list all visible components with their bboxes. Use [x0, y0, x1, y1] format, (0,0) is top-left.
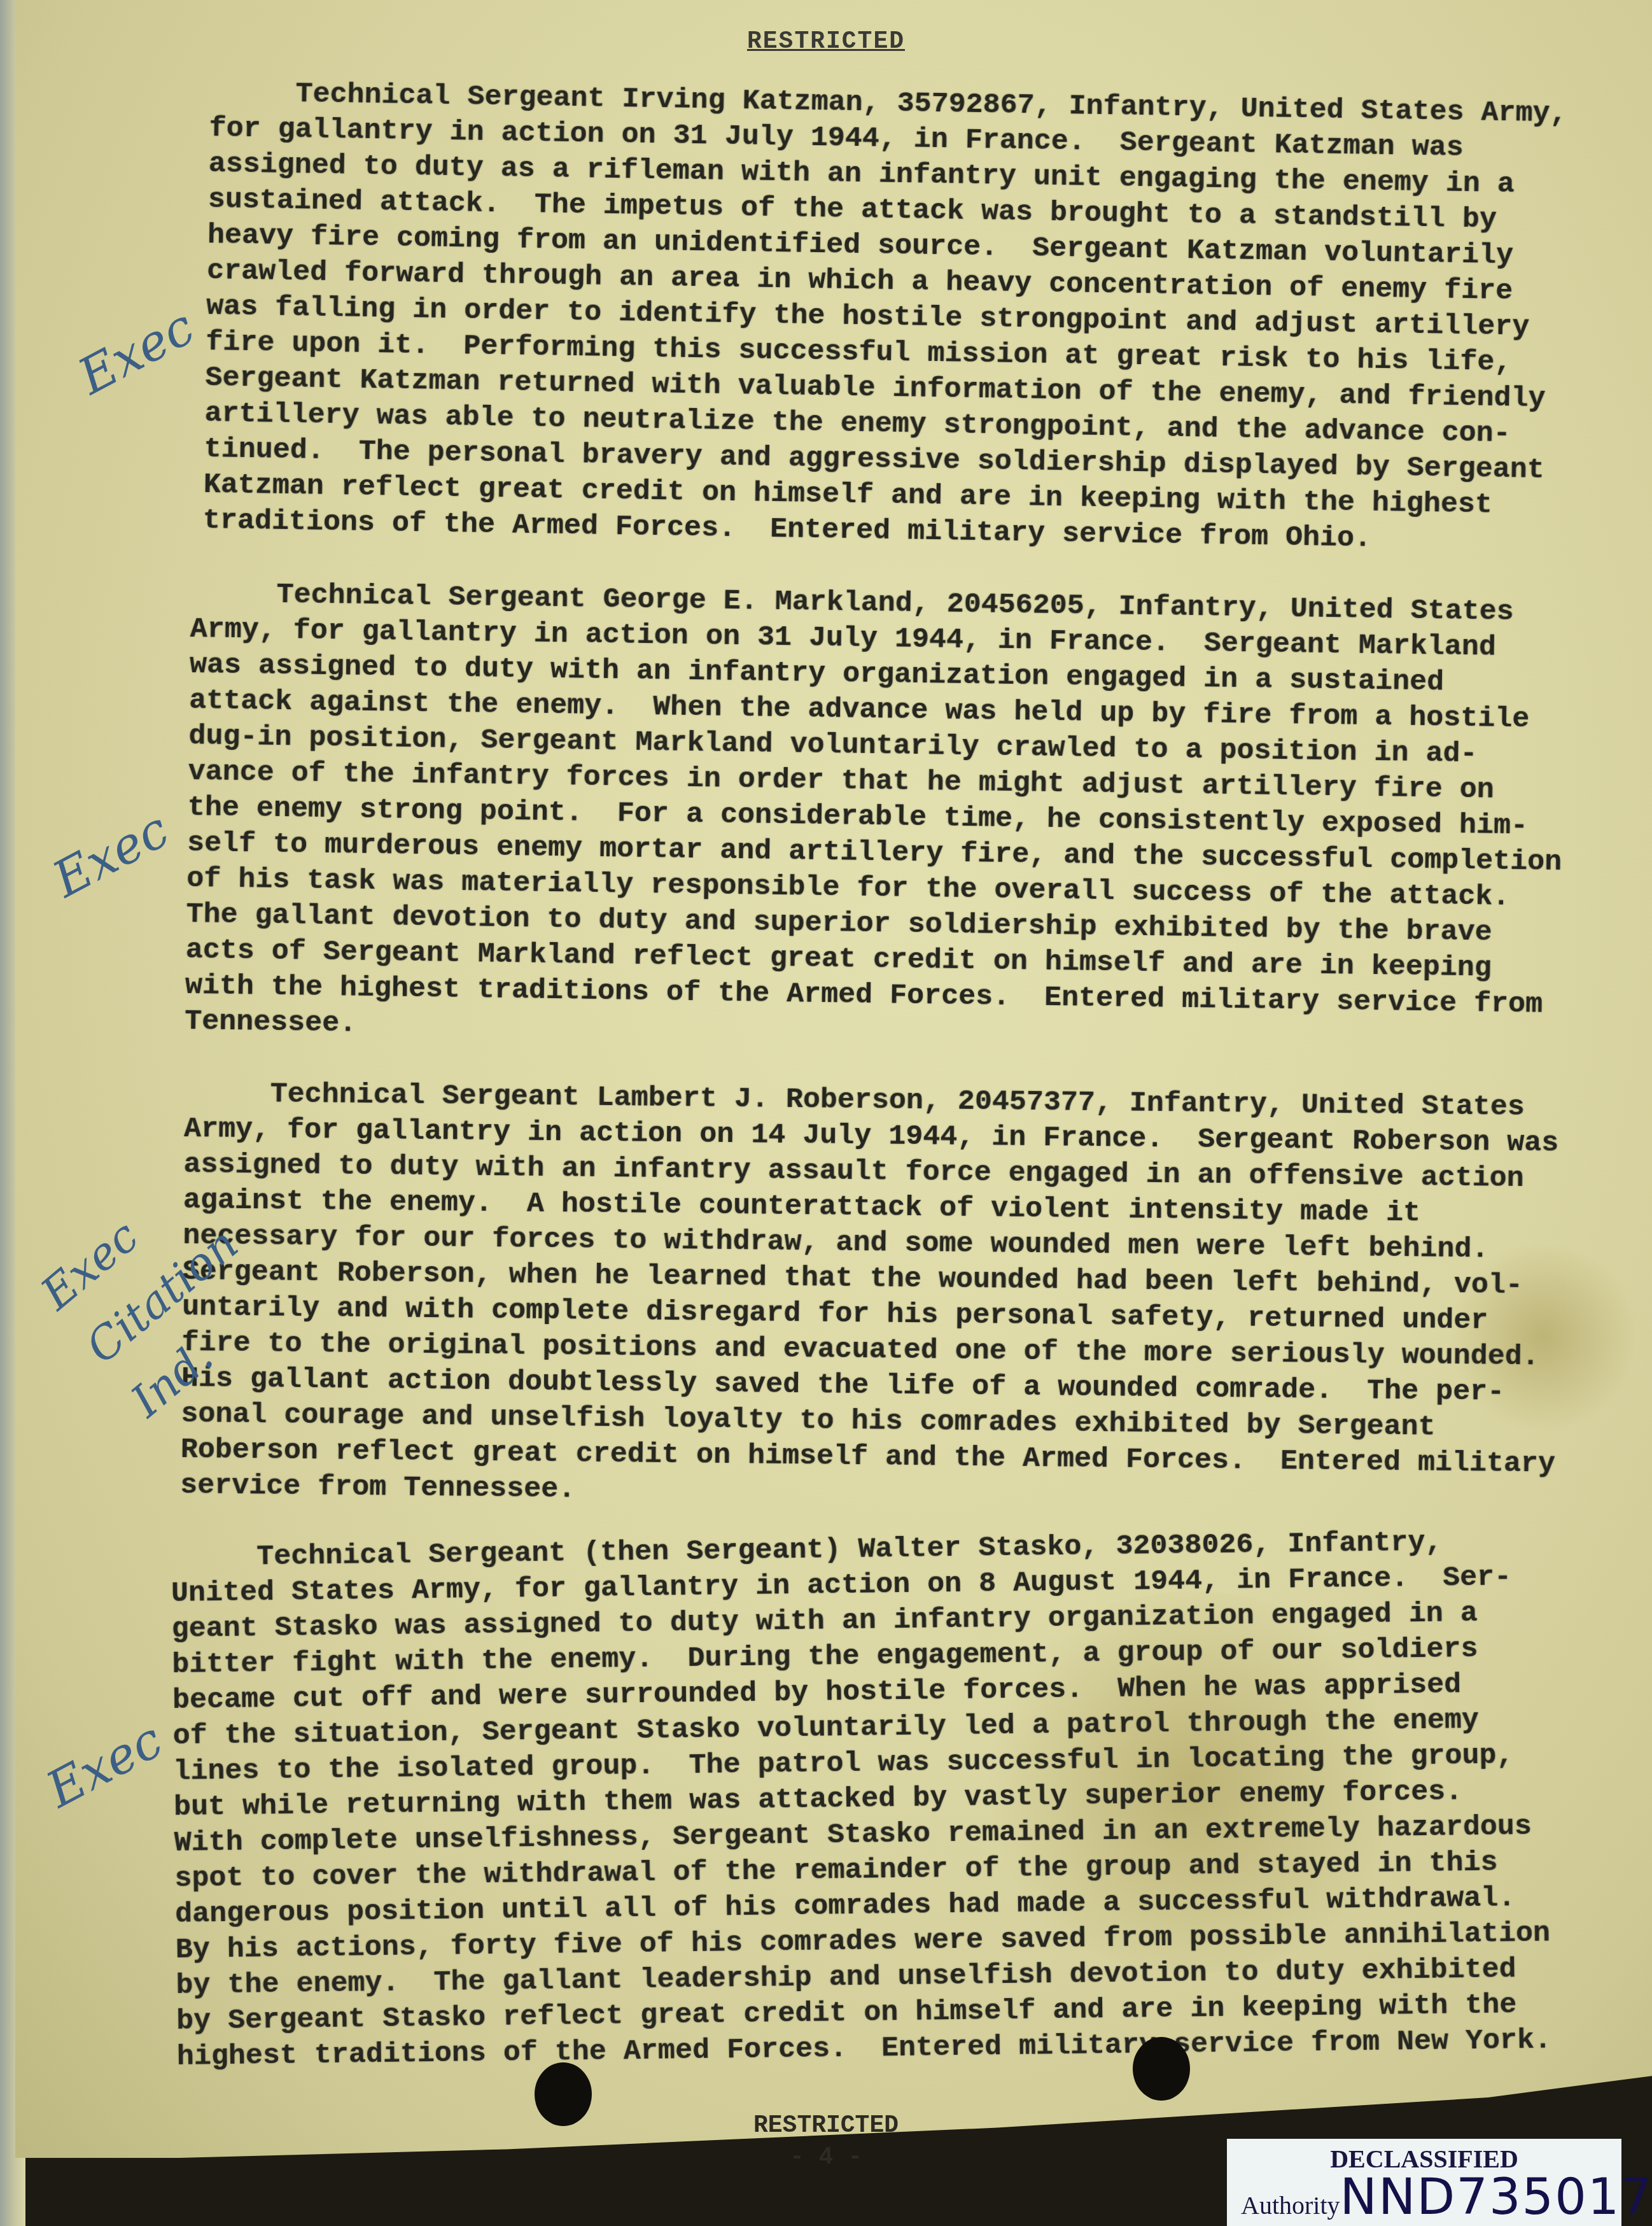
authority-line: AuthorityNND735017 [1241, 2169, 1652, 2226]
citation-paragraph-katzman: Technical Sergeant Irving Katzman, 35792… [203, 75, 1568, 560]
punch-hole [1133, 2037, 1190, 2101]
declassified-stamp: DECLASSIFIED AuthorityNND735017 [1227, 2139, 1621, 2226]
footer-restricted-marking: RESTRICTED [0, 2112, 1652, 2139]
citation-paragraph-markland: Technical Sergeant George E. Markland, 2… [185, 576, 1565, 1059]
citation-paragraph-roberson: Technical Sergeant Lambert J. Roberson, … [180, 1076, 1559, 1518]
authority-label: Authority [1241, 2191, 1340, 2220]
citation-paragraph-stasko: Technical Sergeant (then Sergeant) Walte… [171, 1524, 1551, 2075]
authority-number: NND735017 [1340, 2169, 1652, 2226]
header-restricted-marking: RESTRICTED [0, 28, 1652, 55]
